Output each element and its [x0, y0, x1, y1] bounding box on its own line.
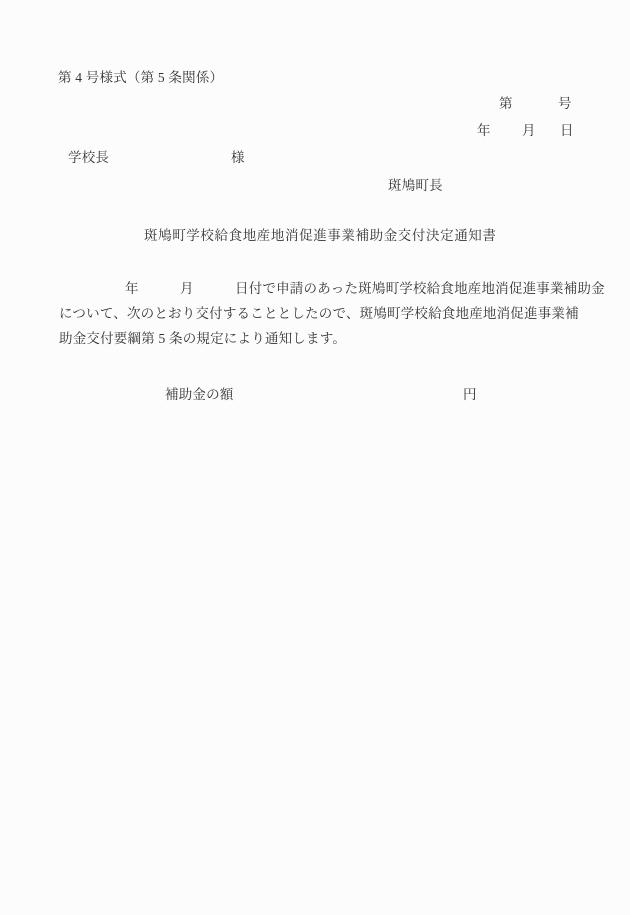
body-line2-text: について、次のとおり交付することとしたので、斑鳩町学校給食地産地消促進事業補: [59, 304, 579, 324]
document-title: 斑鳩町学校給食地産地消促進事業補助金交付決定通知書: [144, 226, 497, 246]
amount-unit-label: 円: [463, 385, 477, 405]
date-day-label: 日: [560, 121, 574, 141]
doc-number-prefix: 第: [499, 94, 513, 114]
body-line3-text: 助金交付要綱第 5 条の規定により通知します。: [59, 329, 346, 349]
document-page: 第 4 号様式（第 5 条関係） 第 号 年 月 日 学校長 様 斑鳩町長 斑鳩…: [0, 0, 630, 915]
addressee-label: 学校長: [68, 148, 109, 168]
form-number-label: 第 4 号様式（第 5 条関係）: [58, 68, 223, 88]
amount-label: 補助金の額: [165, 385, 234, 405]
date-month-label: 月: [522, 121, 536, 141]
doc-number-suffix: 号: [558, 94, 572, 114]
body-line1-year-label: 年: [125, 279, 139, 299]
body-line1-month-label: 月: [180, 279, 194, 299]
date-year-label: 年: [477, 121, 491, 141]
addressee-honorific: 様: [231, 148, 245, 168]
sender-label: 斑鳩町長: [388, 176, 443, 196]
body-line1-text: 日付で申請のあった斑鳩町学校給食地産地消促進事業補助金: [235, 279, 605, 299]
